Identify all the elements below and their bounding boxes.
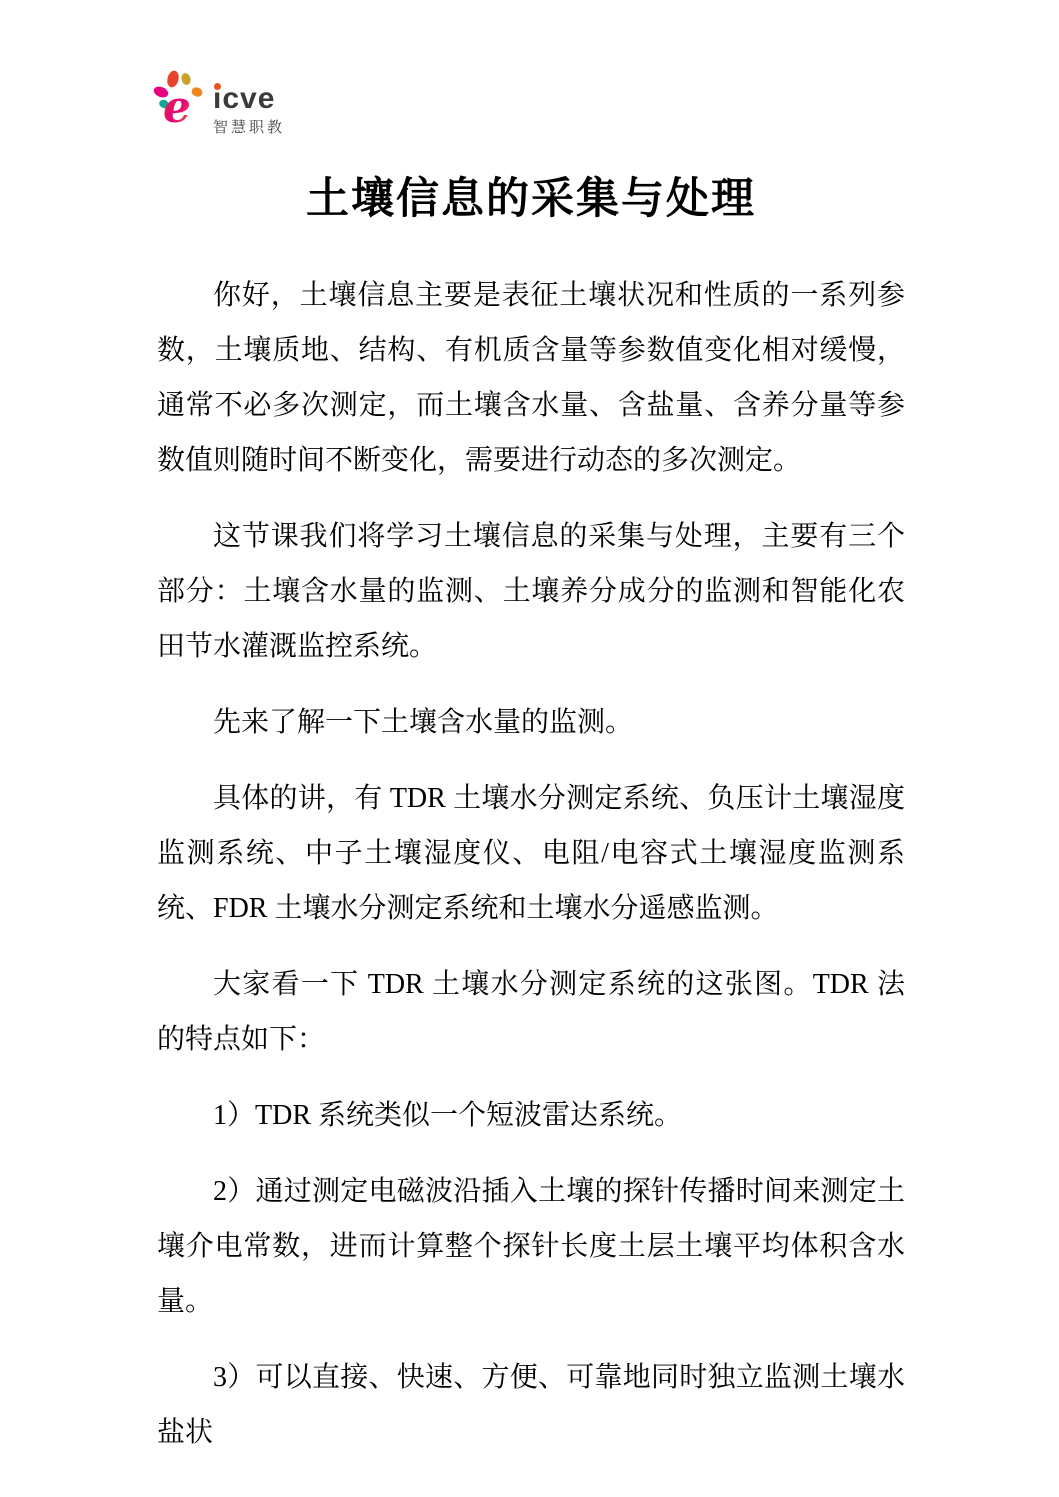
brand-i-dot-icon bbox=[214, 83, 221, 90]
paragraph: 这节课我们将学习土壤信息的采集与处理，主要有三个部分：土壤含水量的监测、土壤养分… bbox=[157, 509, 905, 674]
icve-logo: e icve 智慧职教 bbox=[148, 60, 285, 137]
brand-name-label: icve bbox=[213, 82, 275, 115]
paragraph: 1）TDR 系统类似一个短波雷达系统。 bbox=[157, 1088, 905, 1143]
paragraph: 你好，土壤信息主要是表征土壤状况和性质的一系列参数，土壤质地、结构、有机质含量等… bbox=[157, 268, 905, 488]
paragraph: 具体的讲，有 TDR 土壤水分测定系统、负压计土壤湿度监测系统、中子土壤湿度仪、… bbox=[157, 771, 905, 936]
document-content: 土壤信息的采集与处理 你好，土壤信息主要是表征土壤状况和性质的一系列参数，土壤质… bbox=[157, 170, 905, 1481]
brand-name: icve bbox=[213, 82, 275, 115]
icve-logo-text: icve 智慧职教 bbox=[213, 60, 285, 137]
icve-flower-icon: e bbox=[148, 60, 208, 136]
paragraph: 先来了解一下土壤含水量的监测。 bbox=[157, 695, 905, 750]
paragraph: 2）通过测定电磁波沿插入土壤的探针传播时间来测定土壤介电常数，进而计算整个探针长… bbox=[157, 1164, 905, 1329]
svg-text:e: e bbox=[163, 82, 191, 133]
brand-subtitle: 智慧职教 bbox=[213, 116, 285, 137]
paragraph: 3）可以直接、快速、方便、可靠地同时独立监测土壤水盐状 bbox=[157, 1350, 905, 1460]
document-title: 土壤信息的采集与处理 bbox=[157, 170, 905, 230]
paragraph: 大家看一下 TDR 土壤水分测定系统的这张图。TDR 法的特点如下： bbox=[157, 957, 905, 1067]
document-page: e icve 智慧职教 土壤信息的采集与处理 你好，土壤信息主要是表征土壤状况和… bbox=[0, 0, 1059, 1497]
